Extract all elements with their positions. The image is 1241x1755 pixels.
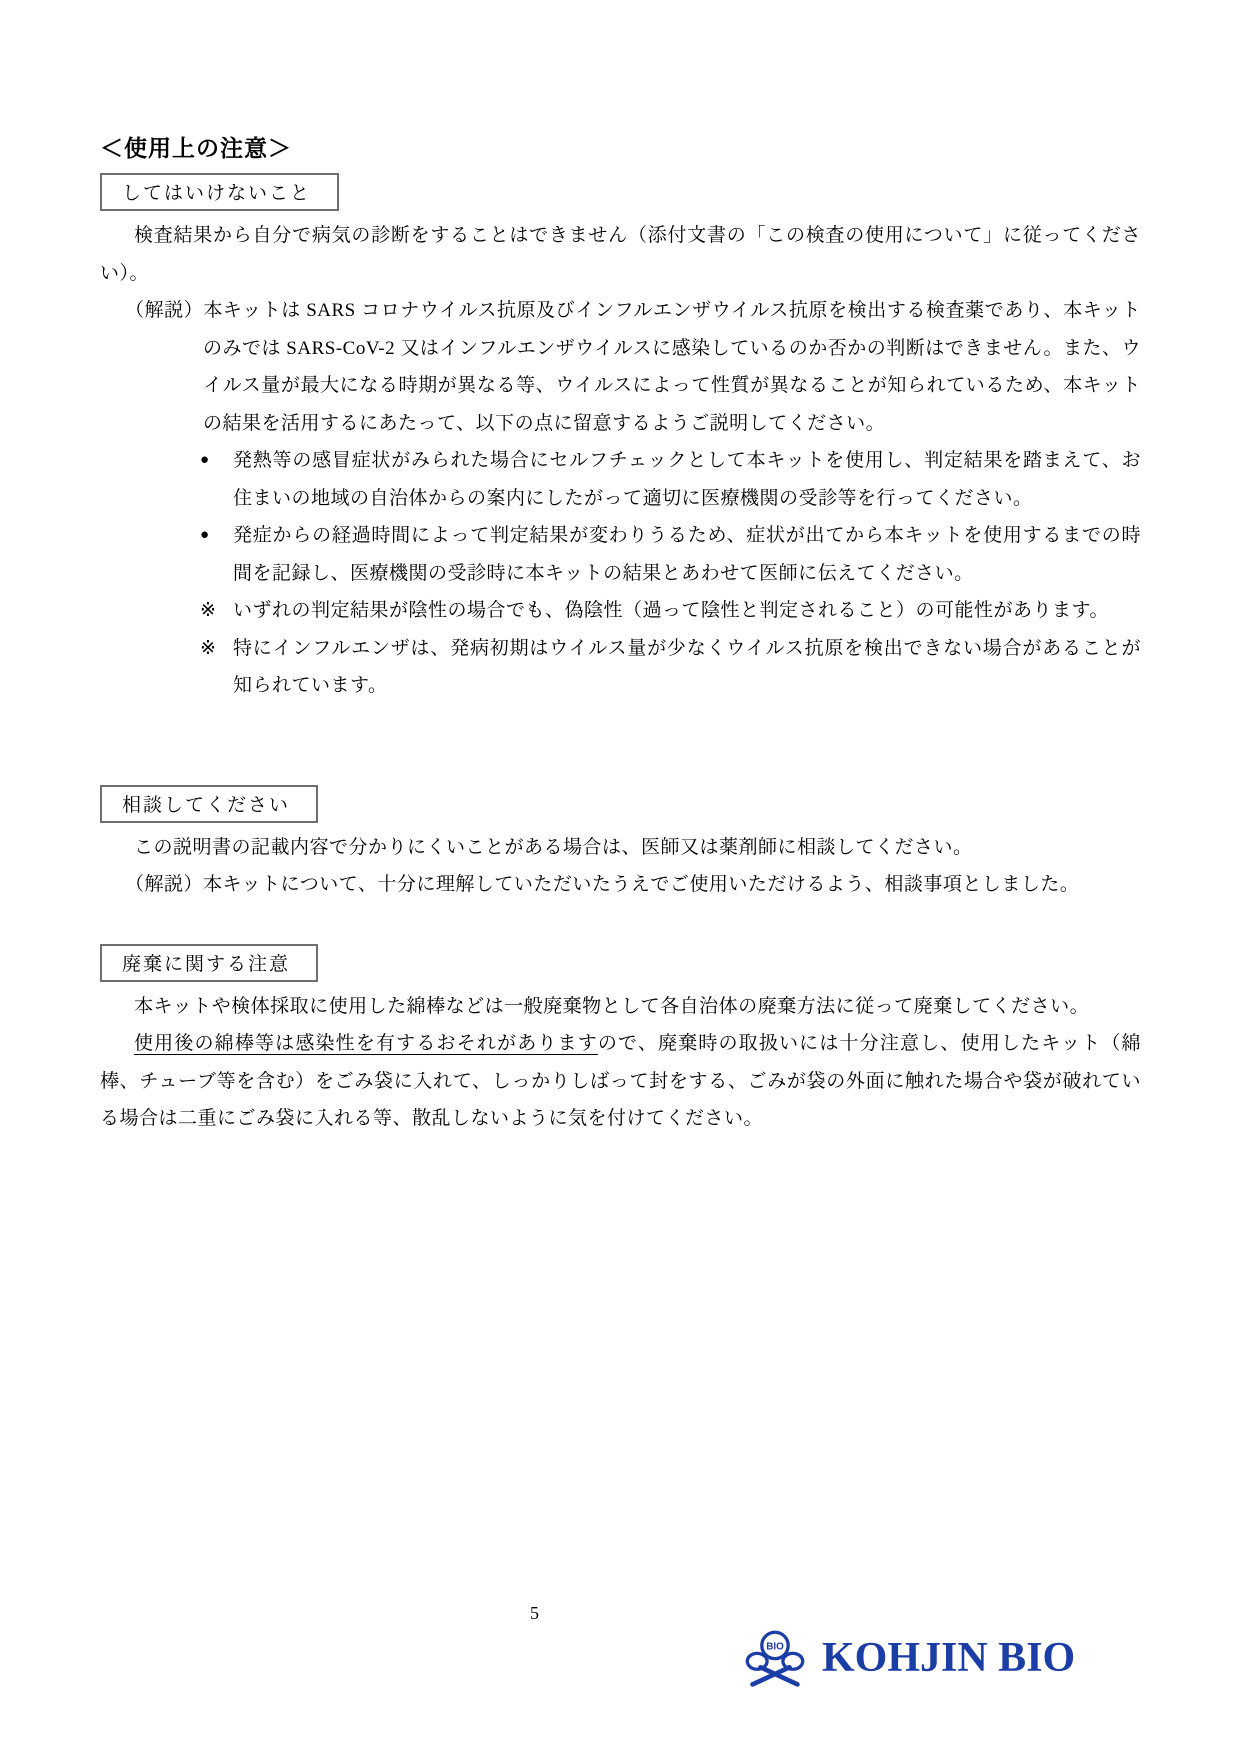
kaisetsu-label: （解説） xyxy=(125,300,203,321)
donts-kaisetsu-paragraph: （解説）本キットは SARS コロナウイルス抗原及びインフルエンザウイルス抗原を… xyxy=(125,292,1141,442)
bullet-icon: ● xyxy=(200,517,233,592)
bullet-icon: ● xyxy=(200,442,233,517)
list-item: ● 発熱等の感冒症状がみられた場合にセルフチェックとして本キットを使用し、判定結… xyxy=(200,442,1141,517)
section-disposal-heading: 廃棄に関する注意 xyxy=(100,944,318,982)
section-consult-heading: 相談してください xyxy=(100,785,318,823)
note-text: いずれの判定結果が陰性の場合でも、偽陰性（過って陰性と判定されること）の可能性が… xyxy=(233,592,1141,630)
donts-intro-paragraph: 検査結果から自分で病気の診断をすることはできません（添付文書の「この検査の使用に… xyxy=(100,217,1141,292)
bullet-text: 発症からの経過時間によって判定結果が変わりうるため、症状が出てから本キットを使用… xyxy=(233,517,1141,592)
consult-intro-paragraph: この説明書の記載内容で分かりにくいことがある場合は、医師又は薬剤師に相談してくだ… xyxy=(100,829,1141,867)
section-donts-heading: してはいけないこと xyxy=(100,173,339,211)
list-item: ※ 特にインフルエンザは、発病初期はウイルス量が少なくウイルス抗原を検出できない… xyxy=(200,630,1141,705)
document-content: ＜使用上の注意＞ してはいけないこと 検査結果から自分で病気の診断をすることはで… xyxy=(100,130,1141,1138)
page-number: 5 xyxy=(530,1603,539,1624)
section-consult: 相談してください この説明書の記載内容で分かりにくいことがある場合は、医師又は薬… xyxy=(100,785,1141,904)
page-title: ＜使用上の注意＞ xyxy=(100,130,1141,163)
document-page: ＜使用上の注意＞ してはいけないこと 検査結果から自分で病気の診断をすることはで… xyxy=(0,0,1241,1755)
list-item: ※ いずれの判定結果が陰性の場合でも、偽陰性（過って陰性と判定されること）の可能… xyxy=(200,592,1141,630)
list-item: ● 発症からの経過時間によって判定結果が変わりうるため、症状が出てから本キットを… xyxy=(200,517,1141,592)
reference-mark-icon: ※ xyxy=(200,630,233,705)
kaisetsu-body: 本キットは SARS コロナウイルス抗原及びインフルエンザウイルス抗原を検出する… xyxy=(203,300,1141,434)
disposal-underlined-text: 使用後の綿棒等は感染性を有するおそれがあります xyxy=(134,1033,598,1054)
bullet-text: 発熱等の感冒症状がみられた場合にセルフチェックとして本キットを使用し、判定結果を… xyxy=(233,442,1141,517)
note-text: 特にインフルエンザは、発病初期はウイルス量が少なくウイルス抗原を検出できない場合… xyxy=(233,630,1141,705)
kaisetsu-label: （解説） xyxy=(125,874,203,895)
section-disposal: 廃棄に関する注意 本キットや検体採取に使用した綿棒などは一般廃棄物として各自治体… xyxy=(100,944,1141,1138)
logo-text: KOHJIN BIO xyxy=(822,1637,1075,1679)
logo-icon-label: BIO xyxy=(766,1641,784,1652)
section-donts: してはいけないこと 検査結果から自分で病気の診断をすることはできません（添付文書… xyxy=(100,173,1141,705)
kohjin-bio-logo: BIO KOHJIN BIO xyxy=(742,1628,1075,1688)
disposal-paragraph-2: 使用後の綿棒等は感染性を有するおそれがありますので、廃棄時の取扱いには十分注意し… xyxy=(100,1025,1141,1138)
consult-kaisetsu-paragraph: （解説）本キットについて、十分に理解していただいたうえでご使用いただけるよう、相… xyxy=(125,866,1141,904)
kohjin-bio-mark-icon: BIO xyxy=(742,1628,808,1688)
disposal-paragraph-1: 本キットや検体採取に使用した綿棒などは一般廃棄物として各自治体の廃棄方法に従って… xyxy=(100,988,1141,1026)
kaisetsu-body: 本キットについて、十分に理解していただいたうえでご使用いただけるよう、相談事項と… xyxy=(203,874,1079,895)
reference-mark-icon: ※ xyxy=(200,592,233,630)
